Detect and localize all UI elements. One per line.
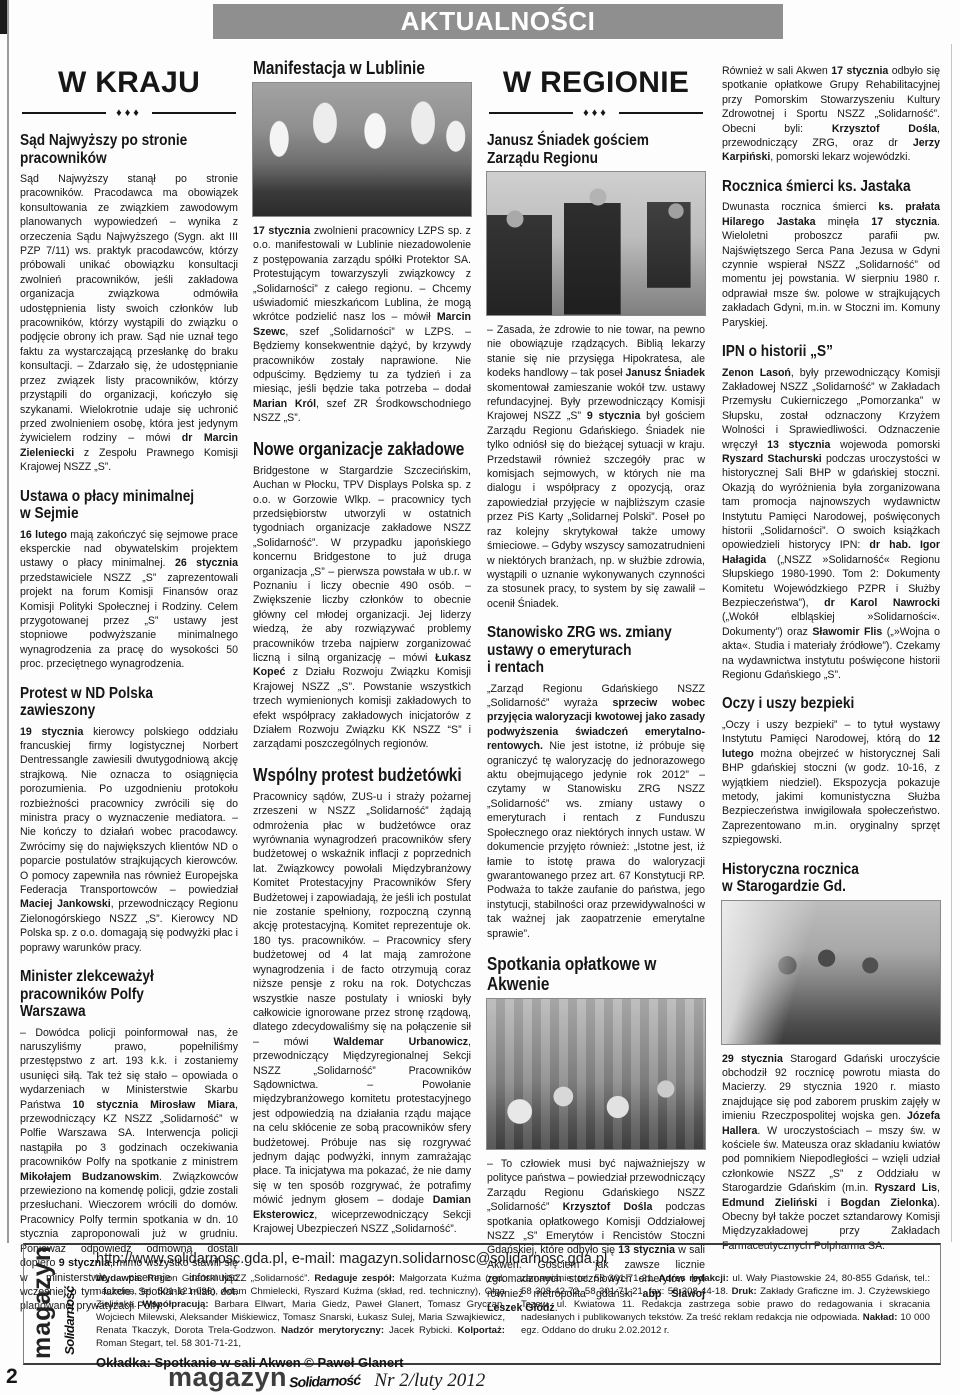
solidarnosc-logo-text: Solidarność [62, 1286, 77, 1355]
column-w-regionie: W REGIONIE♦♦♦Janusz Śniadek gościem Zarz… [487, 58, 705, 1315]
article-heading: Rocznica śmierci ks. Jastaka [722, 178, 940, 196]
article-paragraph: „Oczy i uszy bezpieki” – to tytuł wystaw… [722, 718, 940, 848]
page-number: 2 [6, 1365, 18, 1389]
solidarnosc-wordmark: Solidarność [289, 1372, 361, 1390]
starogard-anniversary-photo [722, 901, 940, 1044]
diamond-divider: ♦♦♦ [22, 107, 236, 119]
article-paragraph: – Zasada, że zdrowie to nie towar, na pe… [487, 323, 705, 611]
article-paragraph: Również w sali Akwen 17 stycznia odbyło … [722, 64, 940, 165]
print-corner-mark [0, 0, 7, 34]
section-title: W KRAJU [20, 66, 238, 100]
website-email-line: http://www.solidarnosc.gda.pl, e-mail: m… [96, 1251, 930, 1267]
imprint-content: http://www.solidarnosc.gda.pl, e-mail: m… [96, 1251, 930, 1370]
article-paragraph: Dwunasta rocznica śmierci ks. prałata Hi… [722, 200, 940, 330]
diamond-divider: ♦♦♦ [489, 107, 703, 119]
article-paragraph: 19 stycznia kierowcy polskiego oddziału … [20, 725, 238, 956]
article-paragraph: Zenon Lasoń, były przewodniczący Komisji… [722, 366, 940, 683]
column-w-kraju: W KRAJU♦♦♦Sąd Najwyższy po stronie praco… [20, 58, 238, 1314]
left-edge-rule [7, 0, 9, 1243]
article-paragraph: 29 stycznia Starogard Gdański uroczyście… [722, 1052, 940, 1254]
divider-line [619, 112, 703, 114]
divider-line [22, 112, 106, 114]
imprint-columns: Wydawca: Region Gdański NSZZ „Solidarnoś… [96, 1272, 930, 1350]
article-heading: Ustawa o płacy minimalnej w Sejmie [20, 488, 238, 523]
column-manifestacja-w-lublinie: Manifestacja w Lublinie17 stycznia zwoln… [253, 58, 471, 1236]
page-title: AKTUALNOŚCI [401, 6, 596, 37]
article-paragraph: 17 stycznia zwolnieni pracownicy LZPS sp… [253, 224, 471, 426]
imprint-left: Wydawca: Region Gdański NSZZ „Solidarnoś… [96, 1272, 505, 1350]
article-heading: Stanowisko ZRG ws. zmiany ustawy o emery… [487, 624, 705, 677]
newspaper-page: AKTUALNOŚCI W KRAJU♦♦♦Sąd Najwyższy po s… [0, 0, 960, 1395]
section-header-bar: AKTUALNOŚCI [213, 4, 783, 39]
article-paragraph: Sąd Najwyższy stanął po stronie pracowni… [20, 172, 238, 475]
article-heading: Janusz Śniadek gościem Zarządu Regionu [487, 132, 705, 167]
article-heading: Spotkania opłatkowe w Akwenie [487, 954, 705, 994]
article-heading: Minister zlekceważył pracowników Polfy W… [20, 968, 238, 1021]
diamond-icons: ♦♦♦ [116, 107, 142, 119]
article-paragraph: 16 lutego mają zakończyć się sejmowe pra… [20, 528, 238, 672]
article-paragraph: Pracownicy sądów, ZUS-u i straży pożarne… [253, 790, 471, 1237]
magazyn-vertical-logo: magazyn Solidarność [28, 1253, 90, 1359]
article-heading: Wspólny protest budżetówki [253, 765, 471, 785]
article-heading: Historyczna rocznica w Starogardzie Gd. [722, 861, 940, 896]
magazine-logo: magazyn Solidarność Nr 2/luty 2012 [168, 1362, 485, 1393]
section-title: W REGIONIE [487, 66, 705, 100]
magazyn-wordmark: magazyn [168, 1362, 287, 1393]
article-heading: IPN o historii „S” [722, 343, 940, 361]
article-heading: Protest w ND Polska zawieszony [20, 685, 238, 720]
diamond-icons: ♦♦♦ [583, 107, 609, 119]
column-region-kronika: Również w sali Akwen 17 stycznia odbyło … [722, 64, 940, 1253]
right-edge-rule [951, 44, 952, 1242]
sniadek-zr-meeting-photo [487, 172, 705, 315]
article-heading: Manifestacja w Lublinie [253, 58, 471, 78]
article-paragraph: Bridgestone w Stargardzie Szczecińskim, … [253, 464, 471, 752]
akwen-oplatek-photo [487, 999, 705, 1149]
article-heading: Nowe organizacje zakładowe [253, 439, 471, 459]
divider-line [489, 112, 573, 114]
article-paragraph: „Zarząd Regionu Gdańskiego NSZZ „Solidar… [487, 682, 705, 941]
article-heading: Oczy i uszy bezpieki [722, 695, 940, 713]
lublin-protest-photo [253, 83, 471, 216]
page-footer-strip: 2 magazyn Solidarność Nr 2/luty 2012 [0, 1362, 960, 1395]
article-heading: Sąd Najwyższy po stronie pracowników [20, 132, 238, 167]
magazyn-logo-text: magazyn [28, 1253, 57, 1359]
imprint-box: magazyn Solidarność http://www.solidarno… [23, 1243, 941, 1365]
divider-line [152, 112, 236, 114]
imprint-right: zamawianie: tel. 58 301-71-21. Adres red… [521, 1272, 930, 1350]
issue-label: Nr 2/luty 2012 [374, 1370, 485, 1392]
